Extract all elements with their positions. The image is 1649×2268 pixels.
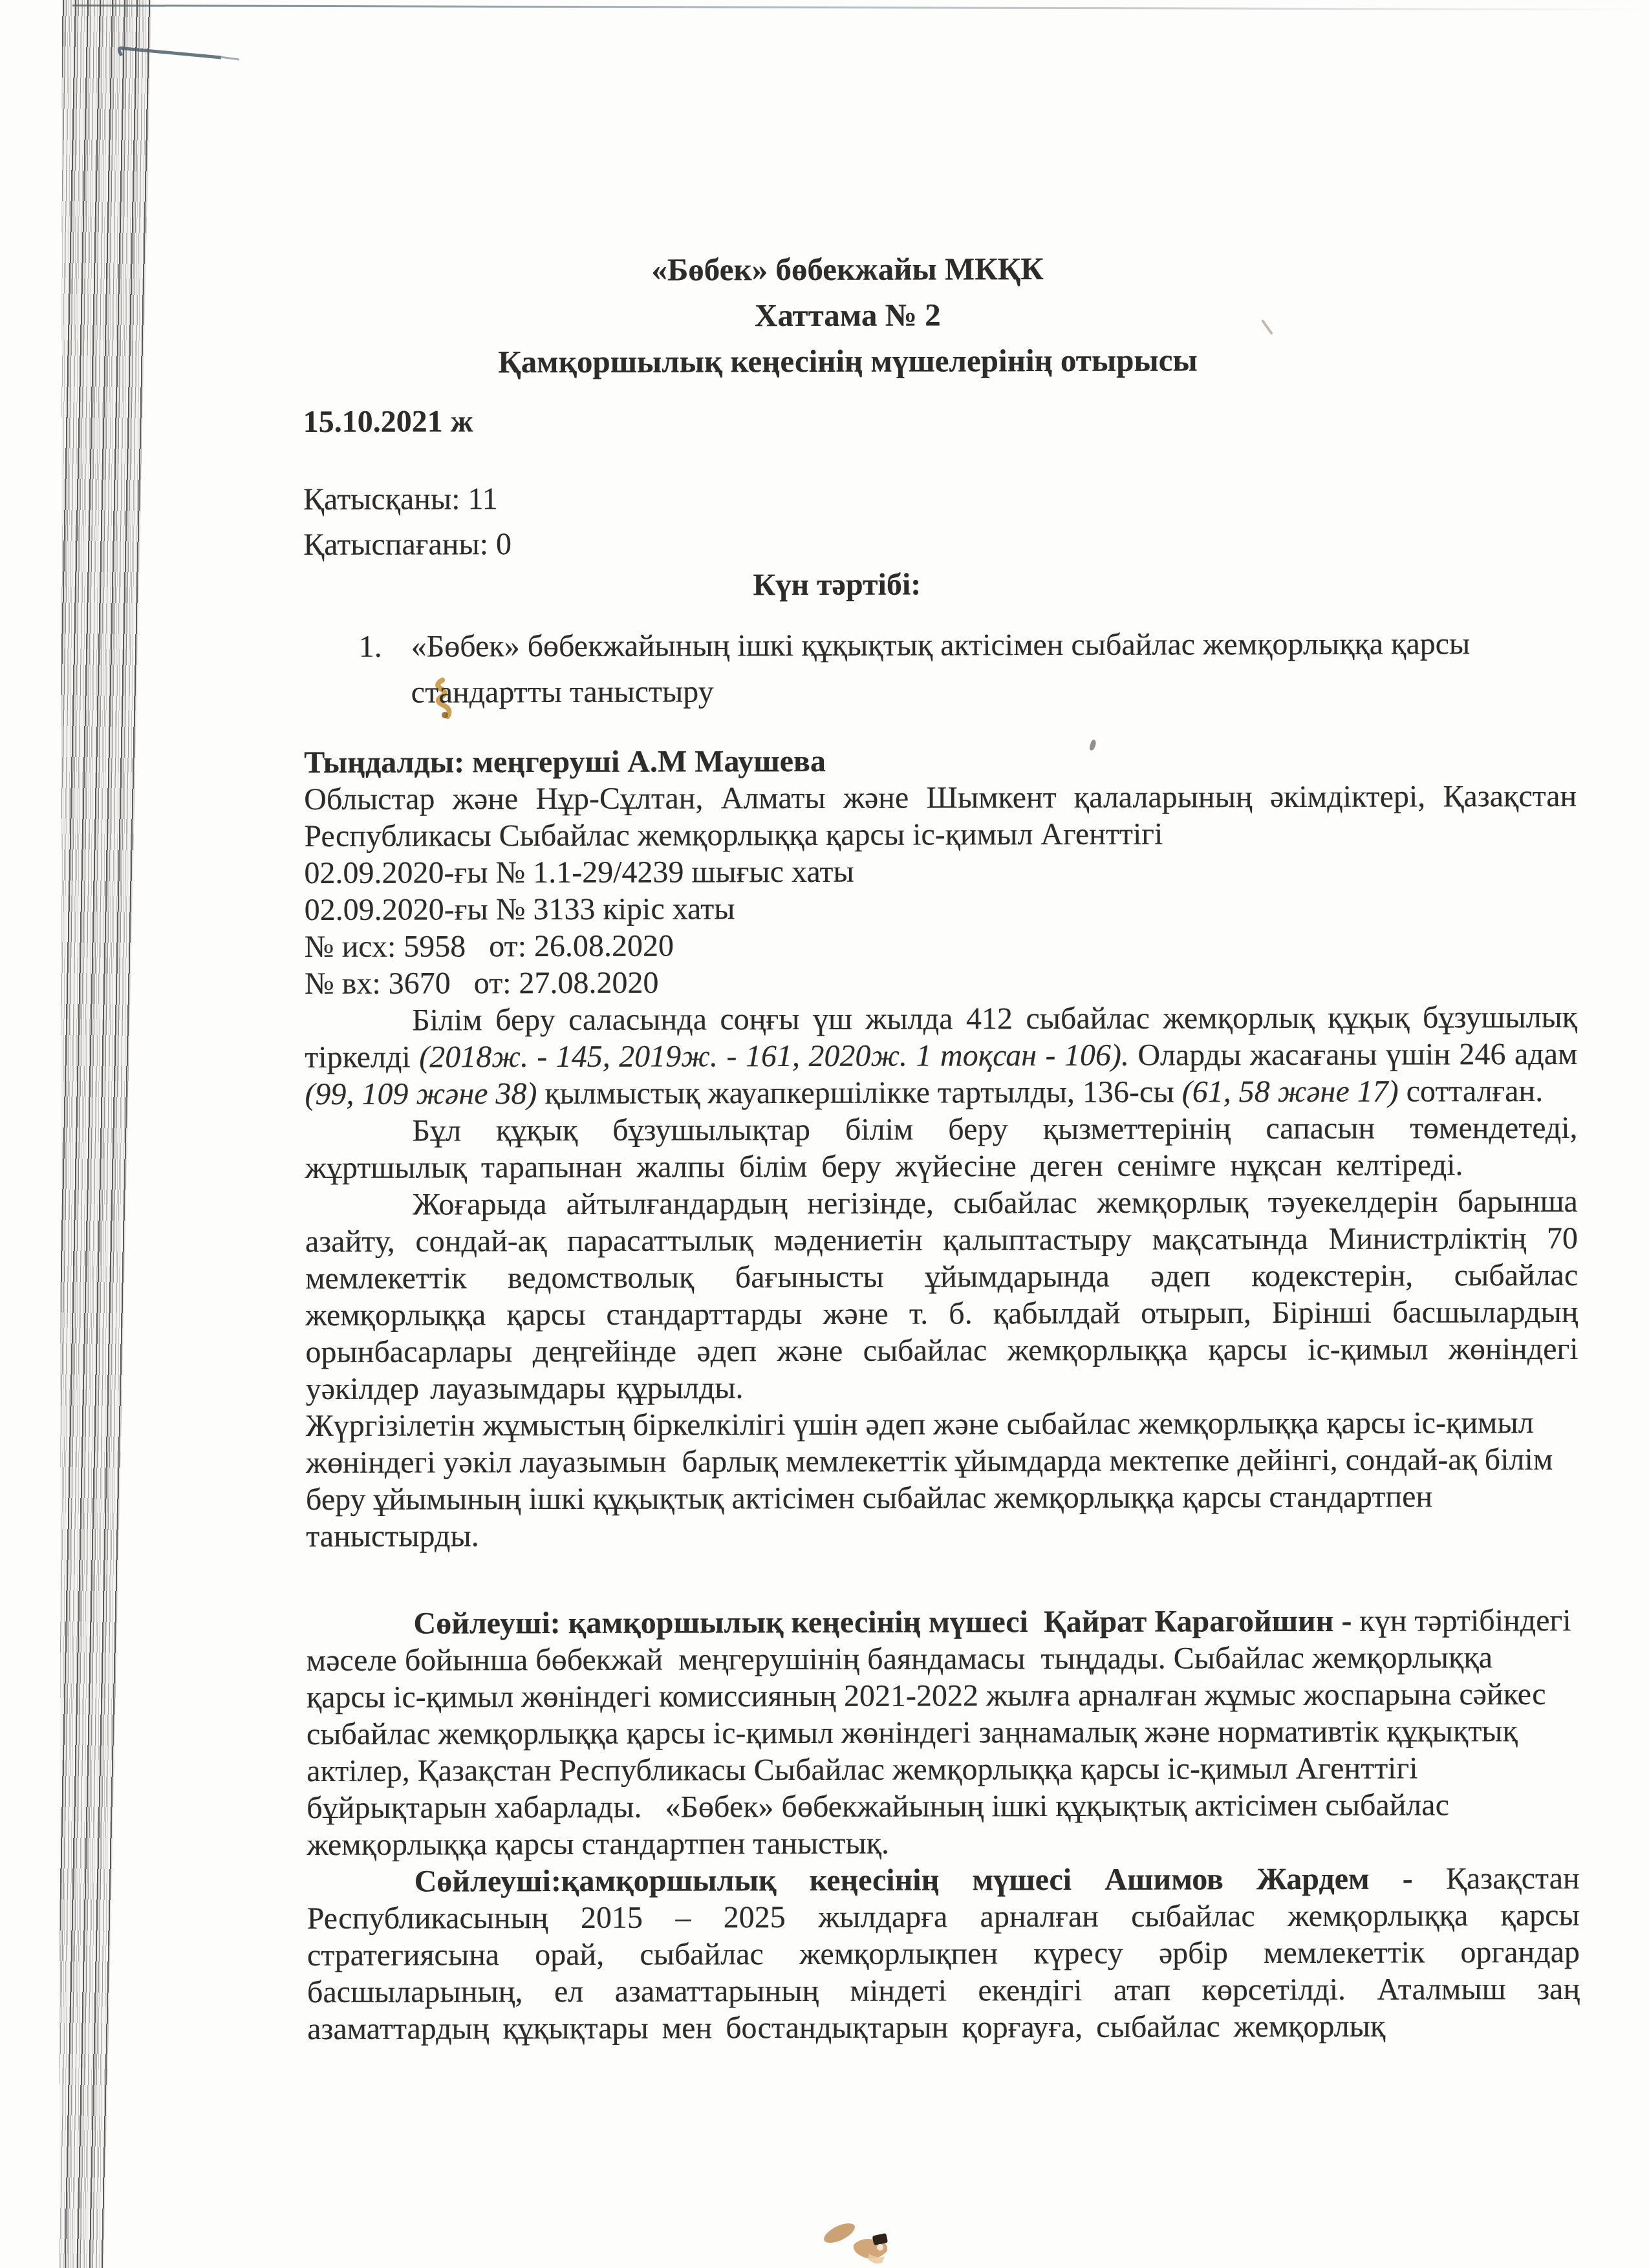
absent-count-line: Қатыспағаны: 0 — [303, 519, 1576, 568]
stats-text-4: сотталған. — [1399, 1074, 1544, 1109]
agenda-heading: Күн тәртібі: — [303, 565, 1370, 604]
scanner-top-edge-line — [72, 5, 1648, 10]
impact-paragraph: Бұл құқық бұзушылықтар білім беру қызмет… — [305, 1109, 1578, 1186]
speaker1-name-bold: Сөйлеуші: қамқоршылық кеңесінің мүшесі Қ… — [414, 1604, 1352, 1641]
heard-line: Тыңдалды: меңгеруші А.М Маушева — [304, 741, 1577, 781]
scanned-document-page: «Бөбек» бөбекжайы МКҚК Хаттама № 2 Қамқо… — [0, 0, 1649, 2268]
outgoing-letter-ref-line: 02.09.2020-ғы № 1.1-29/4239 шығыс хаты — [304, 851, 1577, 892]
stats-italic-3: (61, 58 және 17) — [1182, 1075, 1399, 1109]
document-title-block: «Бөбек» бөбекжайы МКҚК Хаттама № 2 Қамқо… — [303, 245, 1393, 385]
stats-italic-1: (2018ж. - 145, 2019ж. - 161, 2020ж. 1 то… — [419, 1038, 1129, 1075]
title-org-line: «Бөбек» бөбекжайы МКҚК — [303, 245, 1392, 294]
agenda-item-1: 1. «Бөбек» бөбекжайының ішкі құқықтық ак… — [304, 621, 1577, 716]
agenda-item-number: 1. — [359, 624, 382, 670]
brown-stain-mark — [814, 2214, 911, 2268]
outgoing-number-line: № исх: 5958 от: 26.08.2020 — [305, 925, 1577, 965]
agenda-item-text: «Бөбек» бөбекжайының ішкі құқықтық актіс… — [411, 626, 1471, 709]
meeting-date: 15.10.2021 ж — [303, 400, 1576, 440]
incoming-number-line: № вх: 3670 от: 27.08.2020 — [305, 962, 1577, 1002]
incoming-letter-ref-line: 02.09.2020-ғы № 3133 кіріс хаты — [305, 888, 1577, 928]
stats-paragraph: Білім беру саласында соңғы үш жылда 412 … — [305, 999, 1577, 1113]
attended-count-line: Қатысқаны: 11 — [303, 474, 1576, 522]
stats-italic-2: (99, 109 және 38) — [305, 1076, 537, 1111]
stats-text-2: Оларды жасағаны үшін 246 адам — [1129, 1037, 1578, 1073]
attendance-block: Қатысқаны: 11 Қатыспағаны: 0 — [303, 474, 1576, 568]
uniformity-paragraph: Жүргізілетін жұмыстың біркелкілігі үшін … — [306, 1404, 1579, 1555]
speaker1-paragraph: Сөйлеуші: қамқоршылық кеңесінің мүшесі Қ… — [306, 1602, 1579, 1863]
title-protocol-line: Хаттама № 2 — [303, 291, 1392, 339]
title-meeting-line: Қамқоршылық кеңесінің мүшелерінің отырыс… — [303, 337, 1392, 385]
document-body: «Бөбек» бөбекжайы МКҚК Хаттама № 2 Қамқо… — [303, 244, 1580, 2048]
binding-edge-strip — [0, 0, 168, 2268]
measures-paragraph: Жоғарыда айтылғандардың негізінде, сыбай… — [305, 1183, 1579, 1407]
speaker2-paragraph: Сөйлеуші:қамқоршылық кеңесінің мүшесі Аш… — [307, 1860, 1580, 2048]
stats-text-3: қылмыстық жауапкершілікке тартылды, 136-… — [537, 1075, 1181, 1111]
speaker2-name-bold: Сөйлеуші:қамқоршылық кеңесінің мүшесі Аш… — [415, 1862, 1413, 1899]
pen-stroke-mark — [97, 26, 246, 84]
source-orgs-paragraph: Облыстар және Нұр-Сұлтан, Алматы және Шы… — [304, 778, 1577, 855]
